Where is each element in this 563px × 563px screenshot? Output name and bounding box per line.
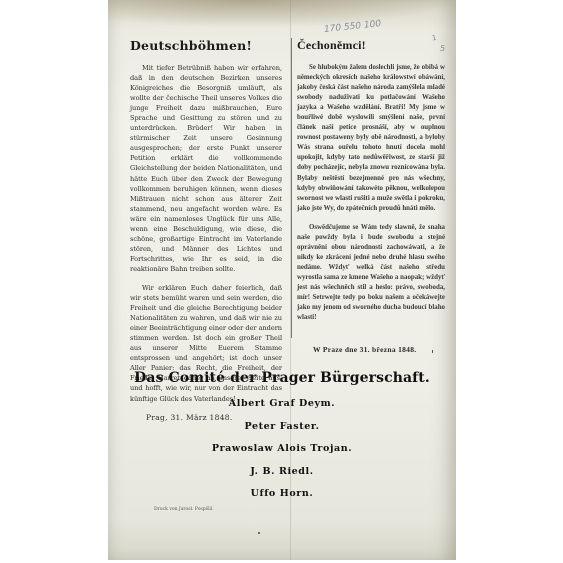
german-paragraph-1: Mit tiefer Betrübniß haben wir erfahren,… <box>130 63 282 274</box>
czech-dateline: W Praze dne 31. března 1848. <box>297 345 445 354</box>
german-column: Deutschböhmen! Mit tiefer Betrübniß habe… <box>130 38 282 422</box>
signer: Prawoslaw Alois Trojan. <box>108 443 456 454</box>
czech-body: Se hlubokým žalem doslechli jsme, že obi… <box>297 63 445 323</box>
german-heading: Deutschböhmen! <box>130 38 282 53</box>
committee-name: Das Comité der Prager Bürgerschaft. <box>108 370 456 386</box>
signer: Albert Graf Deym. <box>108 398 456 409</box>
german-body: Mit tiefer Betrübniß haben wir erfahren,… <box>130 63 282 404</box>
column-divider <box>291 38 292 338</box>
printer-imprint: Druck von Jarosl. Pospíšil. <box>154 507 214 512</box>
paper-blemish <box>432 350 433 353</box>
czech-paragraph-2: Oswědčujeme se Wám tedy slawně, že snaha… <box>297 223 445 323</box>
signature-block: Das Comité der Prager Bürgerschaft. Albe… <box>108 370 456 511</box>
czech-column: Čechoněmci! Se hlubokým žalem doslechli … <box>297 38 445 354</box>
czech-heading: Čechoněmci! <box>297 38 445 53</box>
paper-blemish <box>258 532 260 534</box>
signer: Peter Faster. <box>108 421 456 432</box>
signer: J. B. Riedl. <box>108 466 456 477</box>
signer: Uffo Horn. <box>108 488 456 499</box>
czech-paragraph-1: Se hlubokým žalem doslechli jsme, že obi… <box>297 63 445 214</box>
